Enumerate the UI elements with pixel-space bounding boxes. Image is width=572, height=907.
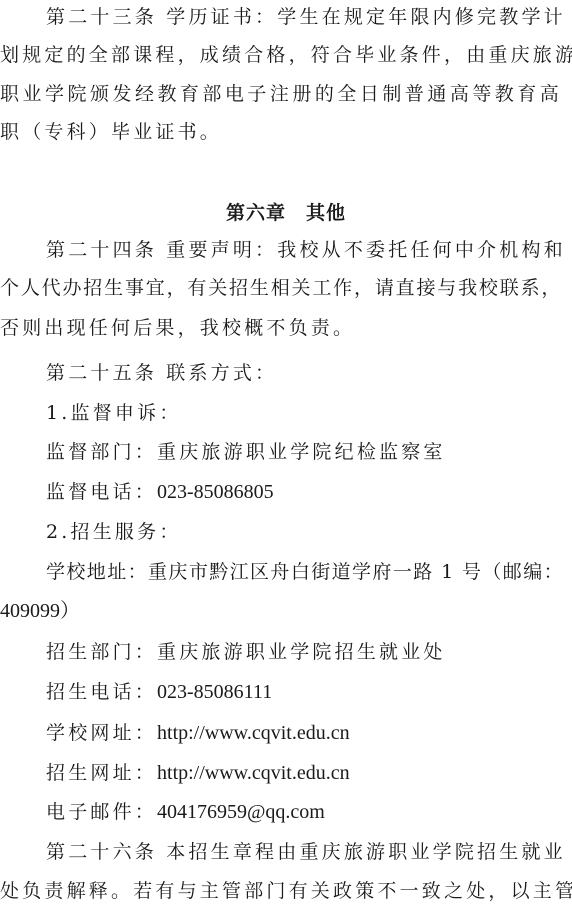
supervision-phone-label: 监督电话： [46,481,157,503]
admissions-website: 招生网址：http://www.cqvit.edu.cn [46,760,572,786]
article-24-line-3: 否则出现任何后果，我校概不负责。 [0,315,572,341]
email-label: 电子邮件： [46,801,157,823]
school-website: 学校网址：http://www.cqvit.edu.cn [46,720,572,746]
supervision-phone: 监督电话：023-85086805 [46,479,572,505]
article-24-line-2: 个人代办招生事宜，有关招生相关工作，请直接与我校联系， [0,275,572,301]
article-25-title: 第二十五条 联系方式： [46,360,572,386]
chapter-heading: 第六章 其他 [0,200,572,226]
contact-email: 电子邮件：404176959@qq.com [46,799,572,825]
supervision-phone-value: 023-85086805 [157,481,274,503]
supervision-dept: 监督部门：重庆旅游职业学院纪检监察室 [46,439,572,465]
admissions-phone-label: 招生电话： [46,681,157,703]
admissions-dept-label: 招生部门： [46,641,157,663]
supervision-heading: 1.监督申诉： [46,400,572,426]
address-label: 学校地址： [46,561,148,583]
supervision-dept-label: 监督部门： [46,441,157,463]
article-23-line-4: 职（专科）毕业证书。 [0,119,572,145]
admissions-address: 学校地址：重庆市黔江区舟白街道学府一路 1 号（邮编： [46,559,572,585]
school-website-label: 学校网址： [46,722,157,744]
school-website-link[interactable]: http://www.cqvit.edu.cn [157,722,350,744]
supervision-dept-value: 重庆旅游职业学院纪检监察室 [157,441,446,463]
admissions-heading: 2.招生服务： [46,519,572,545]
admissions-website-link[interactable]: http://www.cqvit.edu.cn [157,762,350,784]
article-24-line-1: 第二十四条 重要声明：我校从不委托任何中介机构和 [46,237,572,263]
admissions-phone-value: 023-85086111 [157,681,272,703]
email-link[interactable]: 404176959@qq.com [157,801,325,823]
article-23-line-2: 划规定的全部课程，成绩合格，符合毕业条件，由重庆旅游 [0,42,572,68]
admissions-website-label: 招生网址： [46,762,157,784]
admissions-dept: 招生部门：重庆旅游职业学院招生就业处 [46,639,572,665]
admissions-phone: 招生电话：023-85086111 [46,679,572,705]
article-23-line-1: 第二十三条 学历证书：学生在规定年限内修完教学计 [46,4,572,30]
article-26-line-1: 第二十六条 本招生章程由重庆旅游职业学院招生就业 [46,839,572,865]
admissions-dept-value: 重庆旅游职业学院招生就业处 [157,641,446,663]
address-value: 重庆市黔江区舟白街道学府一路 1 号（邮编： [148,561,564,583]
admissions-address-cont: 409099） [0,598,572,624]
article-26-line-2: 处负责解释。若有与主管部门有关政策不一致之处，以主管 [0,878,572,904]
article-23-line-3: 职业学院颁发经教育部电子注册的全日制普通高等教育高 [0,81,572,107]
postcode-value: 409099） [0,600,80,622]
